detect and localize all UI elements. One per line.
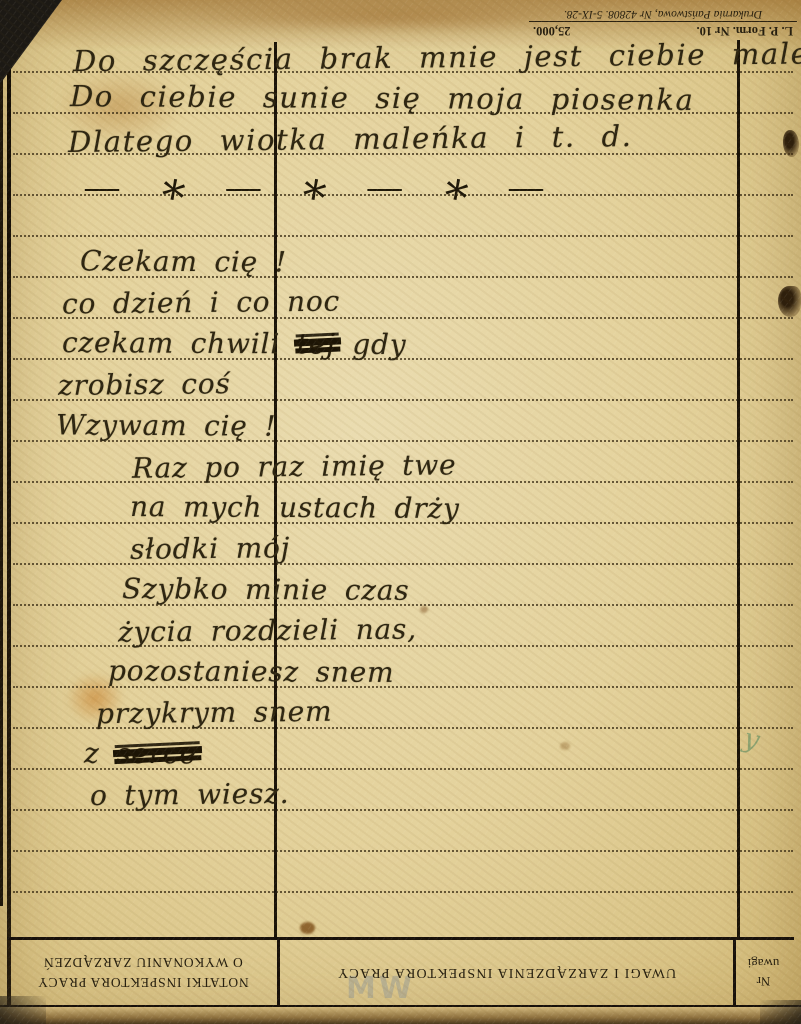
- handwriting-line: Szybko minie czas: [122, 572, 410, 607]
- table-border-bottom: [0, 1005, 801, 1008]
- ruled-line: [13, 850, 793, 852]
- handwriting-line: Do ciebie sunie się moja piosenka: [70, 79, 695, 117]
- separator-star: *: [442, 186, 468, 208]
- footer-header-notatki: NOTATKI INSPEKTORA PRACY O WYKONANIU ZAR…: [9, 940, 277, 1005]
- handwriting-line: przykrym snem: [96, 695, 333, 730]
- separator-star: *: [301, 186, 327, 208]
- footer-label-line: NOTATKI INSPEKTORA PRACY: [37, 973, 248, 993]
- imprint-divider: [529, 21, 797, 22]
- ink-blot: [783, 130, 799, 157]
- footer-label-line: uwagi: [748, 955, 780, 973]
- handwriting-line: Wzywam cię !: [56, 408, 277, 442]
- handwritten-separator: —*—*—*—: [85, 167, 543, 209]
- separator-dash: —: [368, 172, 402, 204]
- handwriting-line: Czekam cię !: [80, 244, 287, 278]
- handwriting-line: o tym wiesz.: [90, 777, 290, 812]
- page-bottom-edge: [0, 1007, 801, 1024]
- handwriting-line: Dlatego wiotka maleńka i t. d.: [68, 119, 633, 159]
- ruled-line: [13, 891, 793, 893]
- handwriting-line: słodki mój: [130, 531, 290, 566]
- separator-dash: —: [226, 172, 260, 204]
- crossed-out-word: serce: [116, 737, 197, 770]
- handwriting-line: życia rozdzieli nas,: [118, 612, 417, 648]
- handwriting-line: co dzień i co noc: [62, 285, 340, 321]
- printer-imprint: L. P. Form. Nr 10. 25,000. Drukarnia Pań…: [527, 1, 799, 39]
- separator-dash: —: [509, 172, 543, 204]
- footer-label-line: Nr: [757, 973, 771, 991]
- handwriting-line: czekam chwili tej gdy: [62, 326, 407, 361]
- handwriting-line: z serce: [84, 737, 197, 771]
- footer-header-nr-uwagi: Nr uwagi: [736, 940, 791, 1005]
- handwriting-line: zrobisz coś: [58, 367, 231, 402]
- ruled-line: [13, 235, 793, 237]
- scanned-notebook-page: L. P. Form. Nr 10. 25,000. Drukarnia Pań…: [0, 0, 801, 1024]
- form-number-label: L. P. Form. Nr 10.: [696, 23, 793, 38]
- column-rule-right: [737, 40, 740, 938]
- crossed-out-word: tej: [297, 327, 336, 360]
- page-right-edge: [0, 0, 3, 906]
- footer-label-line: UWAGI I ZARZĄDZENIA INSPEKTORA PRACY: [337, 965, 676, 981]
- handwriting-line: pozostaniesz snem: [108, 654, 395, 689]
- ink-blot: [778, 286, 801, 317]
- separator-star: *: [160, 186, 186, 208]
- paper-stain: [300, 922, 315, 934]
- footer-label-line: O WYKONANIU ZARZĄDZEŃ: [43, 953, 243, 973]
- printer-name-label: Drukarnia Państwowa, Nr 42808. 5-IX-28.: [527, 8, 799, 20]
- print-run-label: 25,000.: [533, 23, 571, 38]
- footer-header-uwagi: UWAGI I ZARZĄDZENIA INSPEKTORA PRACY: [280, 940, 733, 1005]
- handwriting-line: na mych ustach drży: [130, 490, 460, 525]
- paper-stain: [560, 742, 570, 750]
- separator-dash: —: [85, 172, 119, 204]
- page-left-border: [7, 38, 11, 1012]
- paper-stain: [420, 606, 428, 613]
- handwriting-line: Raz po raz imię twe: [132, 448, 457, 484]
